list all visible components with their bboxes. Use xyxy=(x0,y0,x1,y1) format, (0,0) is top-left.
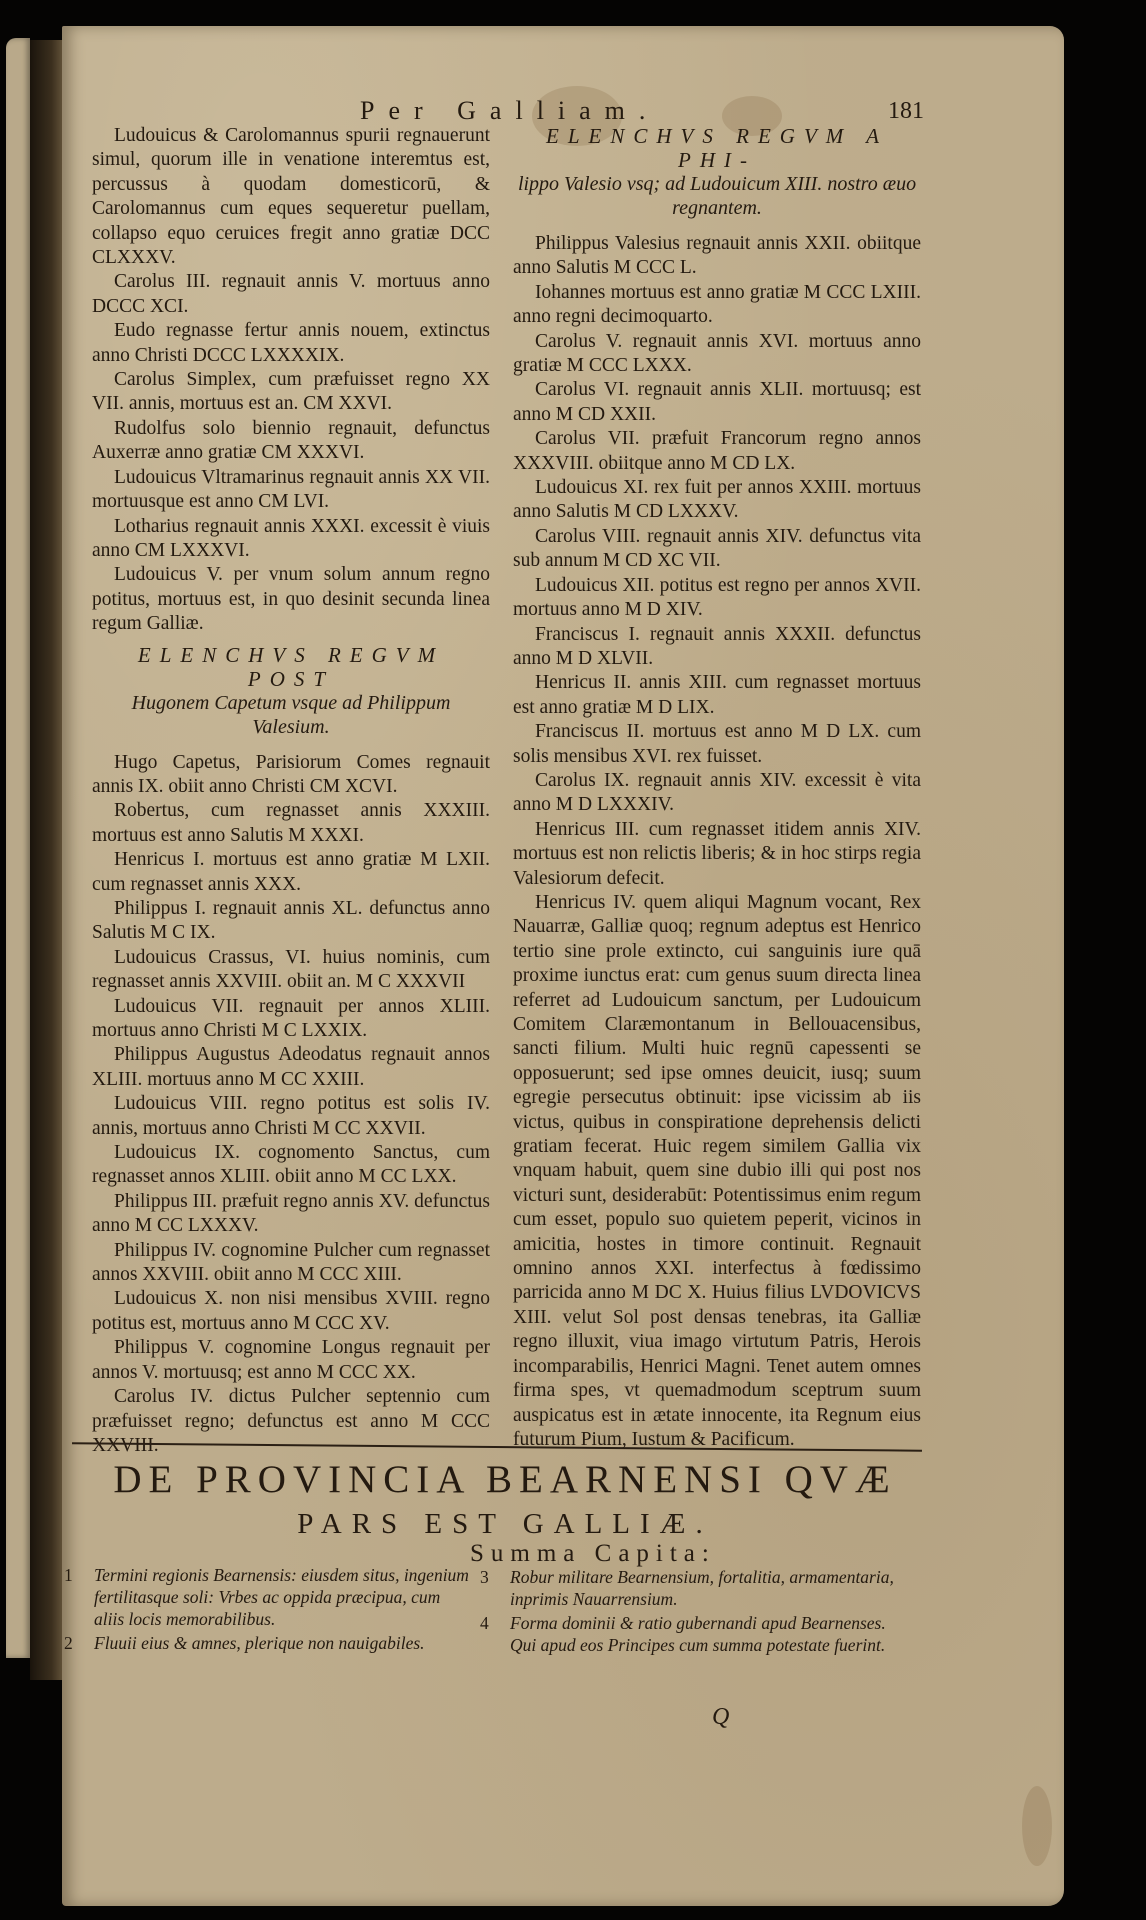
page-number: 181 xyxy=(888,98,924,125)
item-text: Robur militare Bearnensium, fortalitia, … xyxy=(510,1566,900,1610)
chapter-summary-left: 1 Termini regionis Bearnensis: eiusdem s… xyxy=(64,1564,474,1656)
king-entry: Ludouicus X. non nisi mensibus XVIII. re… xyxy=(92,1287,490,1336)
king-entry: Ludouicus Crassus, VI. huius nominis, cu… xyxy=(92,946,490,995)
section-title: DE PROVINCIA BEARNENSI QVÆ PARS EST GALL… xyxy=(75,1458,935,1546)
king-entry: Franciscus I. regnauit annis XXXII. defu… xyxy=(513,623,921,672)
item-number: 1 xyxy=(64,1564,94,1630)
king-entry: Philippus I. regnauit annis XL. defunctu… xyxy=(92,897,490,946)
item-number: 3 xyxy=(480,1566,510,1610)
previous-page-edge xyxy=(6,38,30,1658)
chapter-summary-item: 4 Forma dominii & ratio gubernandi apud … xyxy=(480,1612,900,1656)
king-entry: Ludouicus XI. rex fuit per annos XXIII. … xyxy=(513,476,921,525)
heading-caps: ELENCHVS REGVM POST xyxy=(92,643,490,691)
item-text: Fluuii eius & amnes, plerique non nauiga… xyxy=(94,1632,474,1654)
chapter-summary-item: 2 Fluuii eius & amnes, plerique non naui… xyxy=(64,1632,474,1654)
king-entry: Franciscus II. mortuus est anno M D LX. … xyxy=(513,720,921,769)
chapter-summary-item: 3 Robur militare Bearnensium, fortalitia… xyxy=(480,1566,900,1610)
section-title-line1: DE PROVINCIA BEARNENSI QVÆ xyxy=(113,1458,896,1501)
item-number: 4 xyxy=(480,1612,510,1656)
paper-stain xyxy=(1022,1786,1052,1866)
king-entry: Philippus IV. cognomine Pulcher cum regn… xyxy=(92,1239,490,1288)
king-entry: Ludouicus Vltramarinus regnauit annis XX… xyxy=(92,466,490,515)
king-entry: Philippus Valesius regnauit annis XXII. … xyxy=(513,232,921,281)
king-entry: Philippus III. præfuit regno annis XV. d… xyxy=(92,1190,490,1239)
heading-caps: ELENCHVS REGVM A PHI- xyxy=(513,124,921,172)
king-entry: Carolus VII. præfuit Francorum regno ann… xyxy=(513,427,921,476)
king-entry: Eudo regnasse fertur annis nouem, extinc… xyxy=(92,319,490,368)
king-entry: Ludouicus XII. potitus est regno per ann… xyxy=(513,574,921,623)
king-entry: Philippus V. cognomine Longus regnauit p… xyxy=(92,1336,490,1385)
king-entry: Carolus Simplex, cum præfuisset regno XX… xyxy=(92,368,490,417)
king-entry: Carolus V. regnauit annis XVI. mortuus a… xyxy=(513,330,921,379)
king-entry: Ludouicus VII. regnauit per annos XLIII.… xyxy=(92,995,490,1044)
king-entry: Ludouicus V. per vnum solum annum regno … xyxy=(92,563,490,636)
king-entry: Hugo Capetus, Parisiorum Comes regnauit … xyxy=(92,751,490,800)
king-entry: Henricus IV. quem aliqui Magnum vocant, … xyxy=(513,891,921,1452)
king-entry: Carolus VI. regnauit annis XLII. mortuus… xyxy=(513,378,921,427)
item-text: Termini regionis Bearnensis: eiusdem sit… xyxy=(94,1564,474,1630)
king-entry: Carolus VIII. regnauit annis XIV. defunc… xyxy=(513,525,921,574)
item-text: Forma dominii & ratio gubernandi apud Be… xyxy=(510,1612,900,1656)
king-entry: Ludouicus & Carolomannus spurii regnauer… xyxy=(92,124,490,270)
running-head: Per Galliam. xyxy=(360,96,780,126)
heading-rest: Hugonem Capetum vsque ad Philippum Vales… xyxy=(132,692,451,738)
king-entry: Iohannes mortuus est anno gratiæ M CCC L… xyxy=(513,281,921,330)
king-entry: Henricus II. annis XIII. cum regnasset m… xyxy=(513,671,921,720)
chapter-summary-item: 1 Termini regionis Bearnensis: eiusdem s… xyxy=(64,1564,474,1630)
king-entry: Lotharius regnauit annis XXXI. excessit … xyxy=(92,515,490,564)
king-entry: Robertus, cum regnasset annis XXXIII. mo… xyxy=(92,799,490,848)
chapter-summary-right: 3 Robur militare Bearnensium, fortalitia… xyxy=(480,1566,900,1658)
list-heading-capetians: ELENCHVS REGVM POST Hugonem Capetum vsqu… xyxy=(92,643,490,739)
catchword: Q xyxy=(712,1704,729,1731)
king-entry: Rudolfus solo biennio regnauit, defunctu… xyxy=(92,417,490,466)
heading-rest: lippo Valesio vsq; ad Ludouicum XIII. no… xyxy=(518,173,916,219)
king-entry: Carolus III. regnauit annis V. mortuus a… xyxy=(92,270,490,319)
king-entry: Henricus I. mortuus est anno gratiæ M LX… xyxy=(92,848,490,897)
king-entry: Carolus IX. regnauit annis XIV. excessit… xyxy=(513,769,921,818)
king-entry: Ludouicus IX. cognomento Sanctus, cum re… xyxy=(92,1141,490,1190)
list-heading-valois: ELENCHVS REGVM A PHI- lippo Valesio vsq;… xyxy=(513,124,921,220)
king-entry: Henricus III. cum regnasset itidem annis… xyxy=(513,818,921,891)
king-entry: Ludouicus VIII. regno potitus est solis … xyxy=(92,1092,490,1141)
left-column: Ludouicus & Carolomannus spurii regnauer… xyxy=(92,124,490,1458)
right-column: ELENCHVS REGVM A PHI- lippo Valesio vsq;… xyxy=(513,124,921,1452)
summa-capita-heading: Summa Capita: xyxy=(470,1540,716,1568)
book-gutter-shadow xyxy=(30,40,66,1680)
king-entry: Philippus Augustus Adeodatus regnauit an… xyxy=(92,1043,490,1092)
item-number: 2 xyxy=(64,1632,94,1654)
